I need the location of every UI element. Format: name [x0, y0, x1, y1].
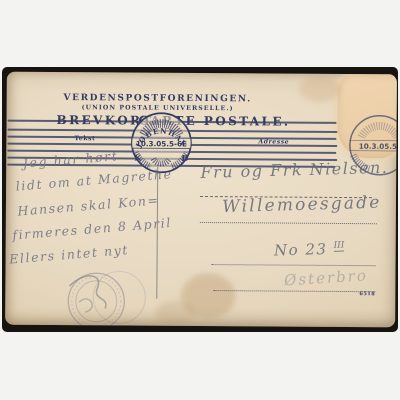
message-line-2: lidt om at Magrethe — [15, 166, 173, 194]
stain-top-right — [299, 76, 341, 102]
message-line-3: Hansen skal Kon= — [17, 192, 160, 218]
upu-title: VERDENSPOSTFORENINGEN. — [64, 93, 252, 104]
machine-cancel-lines — [7, 72, 397, 75]
postcard-photo-frame[interactable]: VERDENSPOSTFORENINGEN. (UNION POSTALE UN… — [2, 67, 398, 332]
address-divider-line — [156, 167, 158, 299]
stain-bottom — [155, 301, 195, 327]
message-line-5: Ellers intet nyt — [9, 242, 130, 267]
adresse-label: Adresse — [258, 138, 289, 145]
postmark-letter-k: K — [134, 153, 142, 163]
address-line-city: Østerbro — [283, 266, 368, 289]
address-rule-2 — [200, 221, 377, 224]
address-line-number: No 23 III — [274, 240, 345, 260]
postmark-letter-b: B — [181, 153, 188, 163]
scanned-postcard-image: VERDENSPOSTFORENINGEN. (UNION POSTALE UN… — [0, 0, 400, 400]
address-rule-3 — [212, 263, 376, 266]
plate-number: 6518 — [359, 291, 375, 297]
message-line-4: firmeres den 8 April — [12, 215, 173, 243]
address-floor: III — [334, 241, 345, 252]
postmark-date: 10.3.05.5-6E — [136, 139, 187, 148]
postmark-right-date: 10.3.05.5- — [359, 142, 397, 151]
pencil-scribble — [69, 276, 106, 309]
address-line-street: Willemoesgade — [222, 193, 382, 217]
tekst-label: Tekst — [74, 135, 95, 142]
address-rule-4 — [213, 289, 375, 292]
arrival-postmark — [59, 268, 134, 327]
postcard-back: VERDENSPOSTFORENINGEN. (UNION POSTALE UN… — [5, 72, 397, 328]
address-house-number: No 23 — [274, 240, 328, 259]
